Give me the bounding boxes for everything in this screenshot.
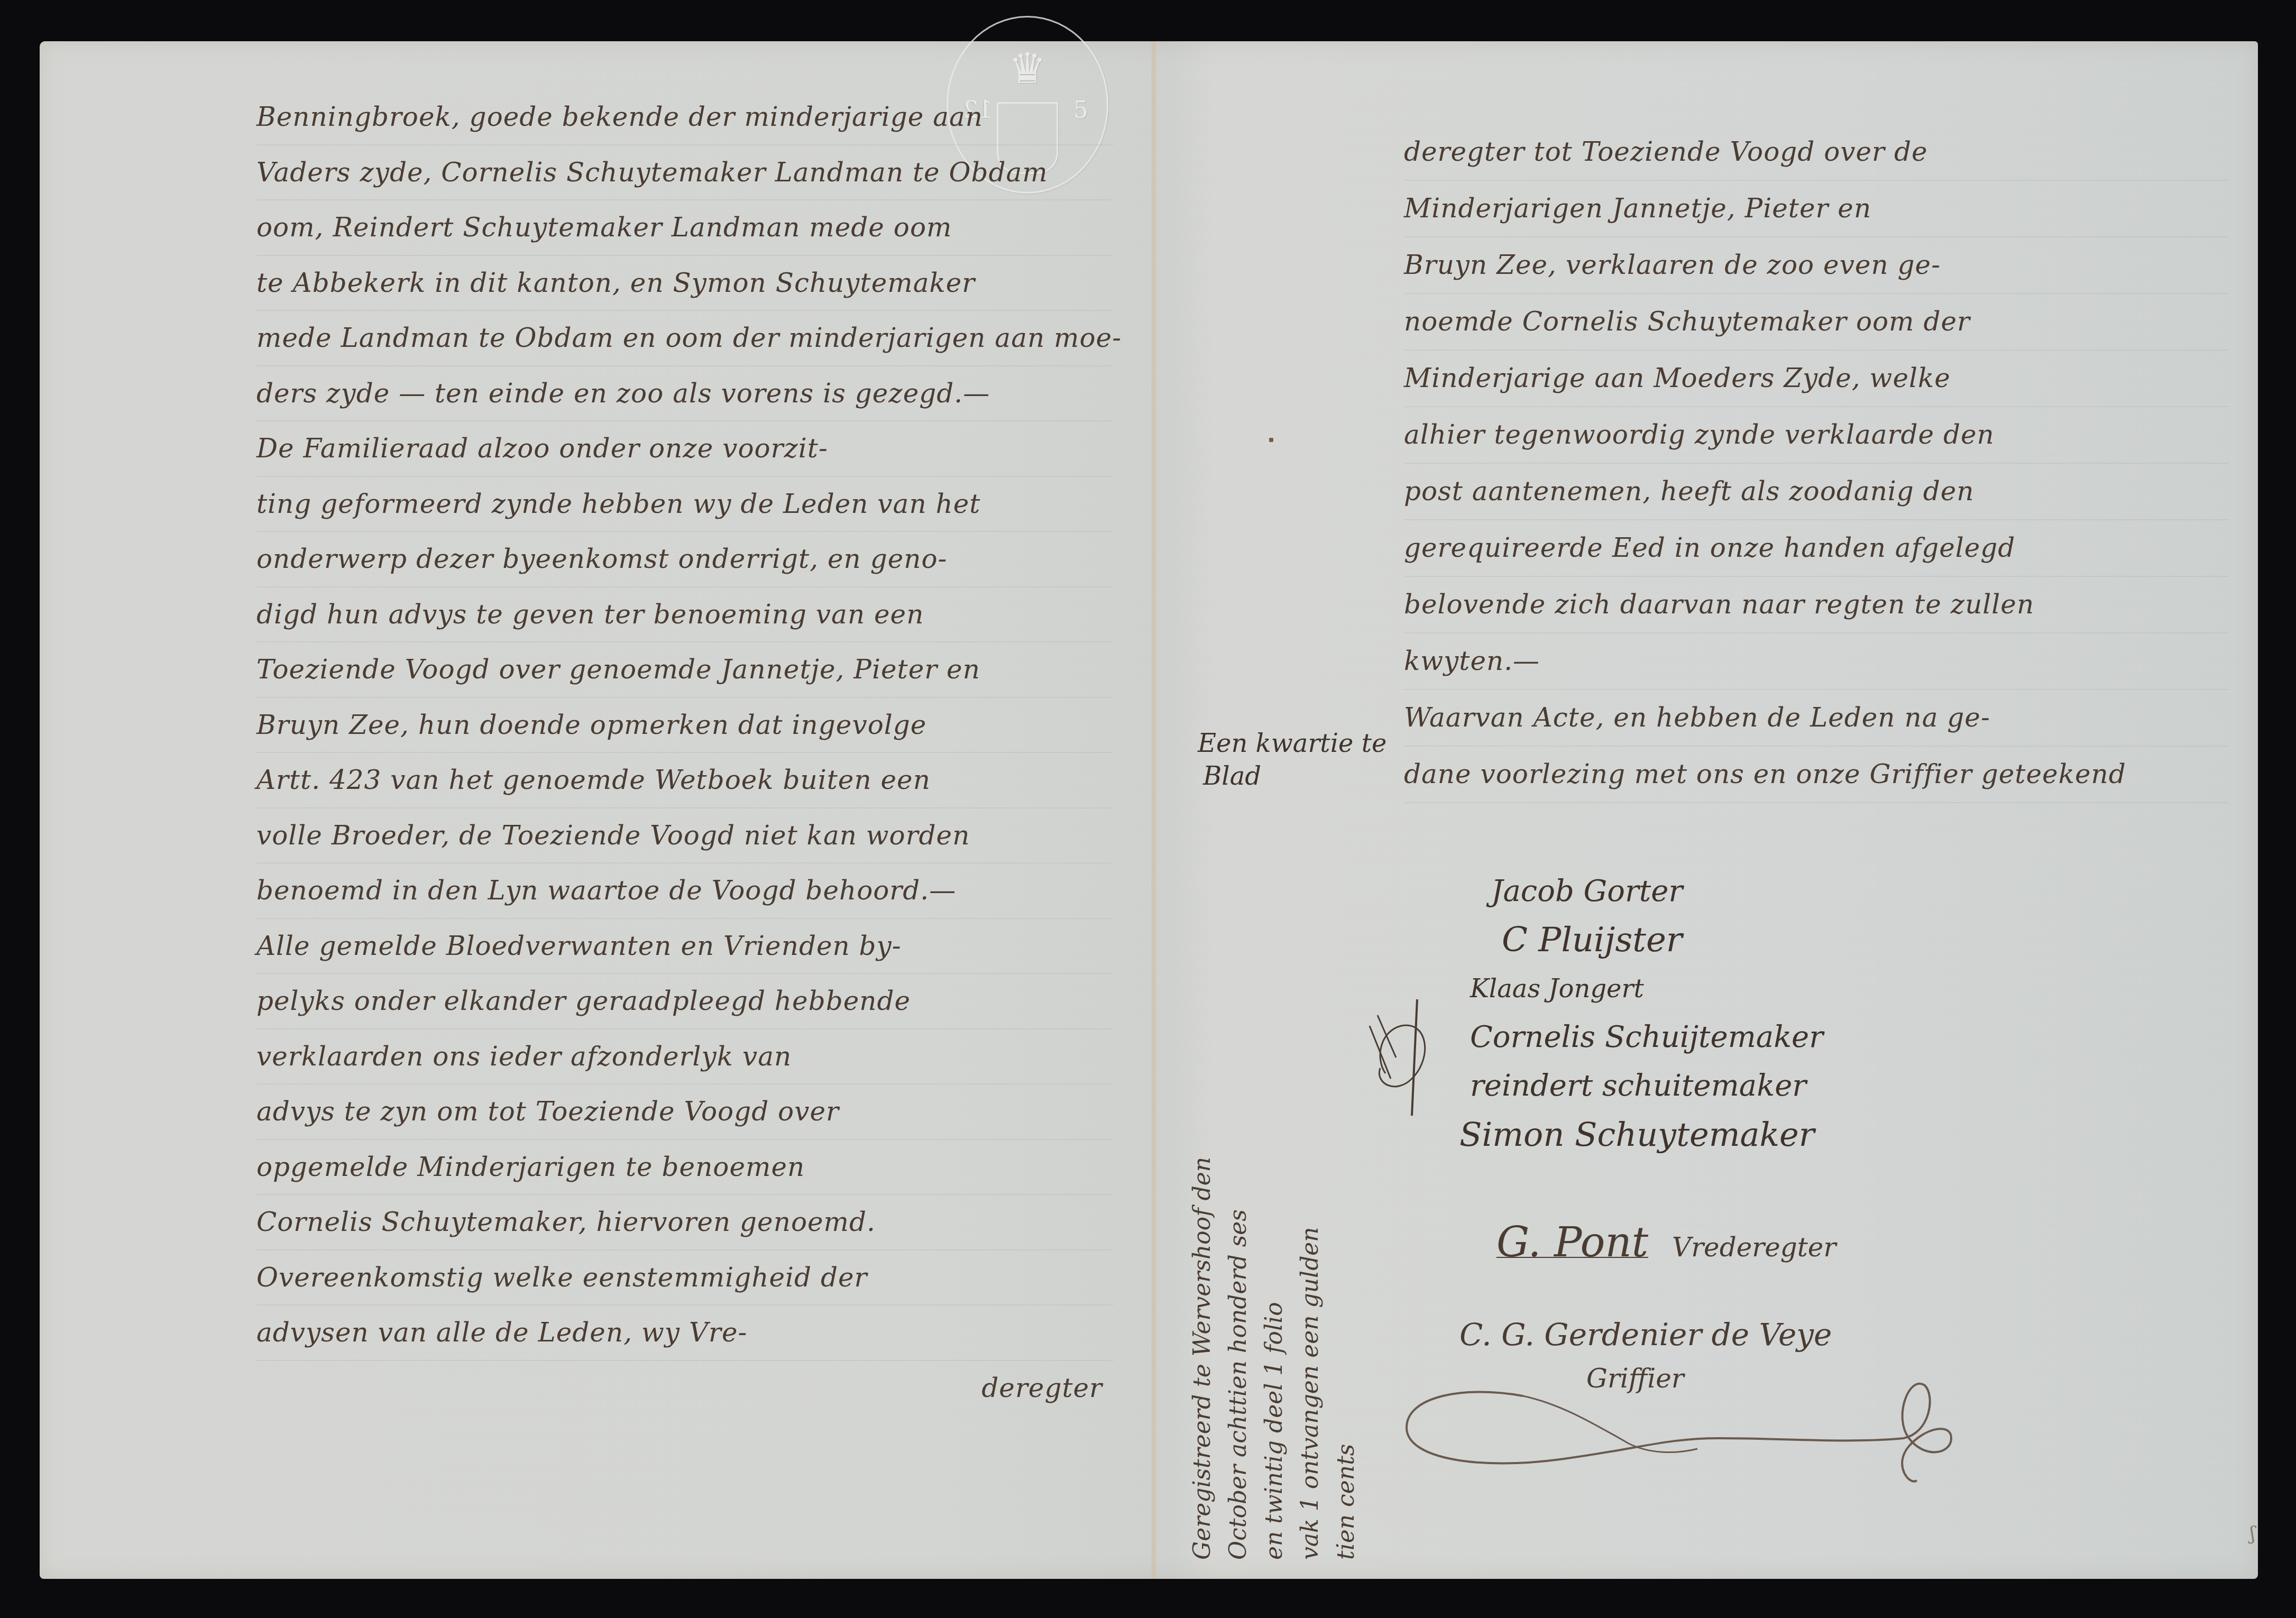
signature-block: Jacob Gorter C Pluijster Klaas Jongert C… <box>1459 867 1988 1159</box>
text-line: te Abbekerk in dit kanton, en Symon Schu… <box>256 256 1113 311</box>
text-line: De Familieraad alzoo onder onze voorzit- <box>256 421 1113 477</box>
text-line: mede Landman te Obdam en oom der minderj… <box>256 311 1113 366</box>
signature: Klaas Jongert <box>1459 964 1988 1013</box>
text-line: dane voorlezing met ons en onze Griffier… <box>1404 747 2229 803</box>
margin-note-line: vak 1 ontvangen een gulden <box>1292 820 1328 1560</box>
text-line: Bruyn Zee, verklaaren de zoo even ge- <box>1404 237 2229 294</box>
text-line: pelyks onder elkander geraadpleegd hebbe… <box>256 974 1113 1029</box>
text-line: alhier tegenwoordig zynde verklaarde den <box>1404 407 2229 464</box>
signature: Simon Schuytemaker <box>1459 1110 1988 1159</box>
center-fold <box>1150 41 1158 1579</box>
text-line: advysen van alle de Leden, wy Vre- <box>256 1306 1113 1361</box>
signature: Jacob Gorter <box>1459 867 1988 916</box>
text-line: kwyten.— <box>1404 633 2229 690</box>
edge-mark: ʃ <box>2250 1523 2255 1545</box>
text-line: benoemd in den Lyn waartoe de Voogd beho… <box>256 863 1113 919</box>
judge-title: Vrederegter <box>1672 1232 1836 1263</box>
registration-note-rotated: Geregistreerd te Wervershoof den October… <box>1184 820 1364 1560</box>
text-line: ders zyde — ten einde en zoo als vorens … <box>256 366 1113 422</box>
text-line: gerequireerde Eed in onze handen afgeleg… <box>1404 520 2229 577</box>
text-line: verklaarden ons ieder afzonderlyk van <box>256 1029 1113 1085</box>
margin-note-heading-line: Blad <box>1198 760 1386 793</box>
text-line: deregter tot Toeziende Voogd over de <box>1404 124 2229 181</box>
signature: Cornelis Schuijtemaker <box>1459 1013 1988 1062</box>
text-line: onderwerp dezer byeenkomst onderrigt, en… <box>256 532 1113 587</box>
judge-signature: G. Pont Vrederegter <box>1496 1219 1972 1266</box>
clerk-name: C. G. Gerdenier de Veye <box>1449 1317 1978 1353</box>
text-line: Benningbroek, goede bekende der minderja… <box>256 90 1113 145</box>
margin-note-line: October achttien honderd ses <box>1220 820 1256 1560</box>
signature: reindert schuitemaker <box>1459 1062 1988 1110</box>
text-line: Minderjarige aan Moeders Zyde, welke <box>1404 351 2229 407</box>
text-line: digd hun advys te geven ter benoeming va… <box>256 587 1113 643</box>
text-line: Cornelis Schuytemaker, hiervoren genoemd… <box>256 1195 1113 1251</box>
flourish-icon <box>1401 1354 1983 1491</box>
judge-name: G. Pont <box>1496 1219 1648 1266</box>
text-line: Alle gemelde Bloedverwanten en Vrienden … <box>256 919 1113 975</box>
crown-icon: ♛ <box>1008 44 1046 93</box>
right-page-text: deregter tot Toeziende Voogd over de Min… <box>1404 124 2229 803</box>
text-line: belovende zich daarvan naar regten te zu… <box>1404 577 2229 633</box>
margin-note-line: tien cents <box>1328 820 1364 1560</box>
text-line: ting geformeerd zynde hebben wy de Leden… <box>256 477 1113 532</box>
text-line: volle Broeder, de Toeziende Voogd niet k… <box>256 808 1113 864</box>
text-line: Overeenkomstig welke eenstemmigheid der <box>256 1251 1113 1306</box>
margin-note-line: Geregistreerd te Wervershoof den <box>1184 820 1220 1560</box>
text-line: Artt. 423 van het genoemde Wetboek buite… <box>256 753 1113 808</box>
text-line: oom, Reindert Schuytemaker Landman mede … <box>256 200 1113 256</box>
text-line: noemde Cornelis Schuytemaker oom der <box>1404 294 2229 351</box>
margin-note-heading: Een kwartie te Blad <box>1198 727 1386 793</box>
text-line: Vaders zyde, Cornelis Schuytemaker Landm… <box>256 145 1113 201</box>
text-line: Minderjarigen Jannetje, Pieter en <box>1404 181 2229 237</box>
margin-note-line: en twintig deel 1 folio <box>1256 820 1292 1560</box>
text-line: Waarvan Acte, en hebben de Leden na ge- <box>1404 690 2229 747</box>
text-line: post aantenemen, heeft als zoodanig den <box>1404 464 2229 520</box>
text-line: Bruyn Zee, hun doende opmerken dat ingev… <box>256 698 1113 753</box>
registrar-paraph-icon <box>1354 994 1438 1121</box>
signature: C Pluijster <box>1459 916 1988 964</box>
text-line: Toeziende Voogd over genoemde Jannetje, … <box>256 642 1113 698</box>
text-line: opgemelde Minderjarigen te benoemen <box>256 1140 1113 1196</box>
left-page-text: Benningbroek, goede bekende der minderja… <box>256 90 1113 1415</box>
catchword: deregter <box>256 1361 1113 1415</box>
ink-spot <box>1269 438 1273 442</box>
text-line: advys te zyn om tot Toeziende Voogd over <box>256 1084 1113 1140</box>
margin-note-heading-line: Een kwartie te <box>1198 727 1386 760</box>
